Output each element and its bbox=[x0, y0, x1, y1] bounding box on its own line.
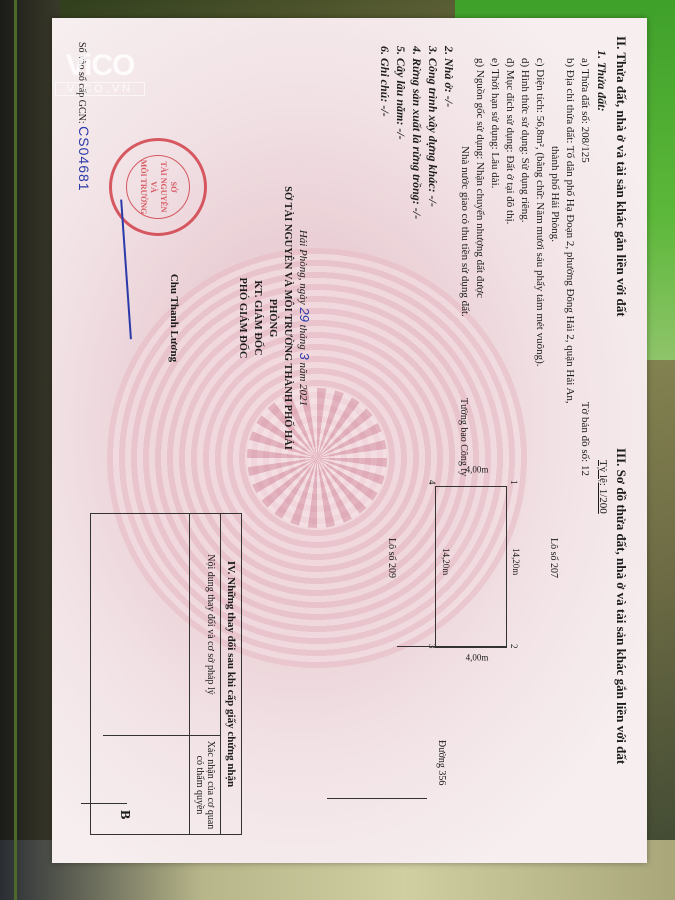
item-other-construction: 3. Công trình xây dựng khác: -/- bbox=[425, 46, 441, 416]
item-notes: 6. Ghi chú: -/- bbox=[377, 46, 393, 416]
usage-origin-cont: Nhà nước giao có thu tiền sử dụng đất. bbox=[457, 146, 472, 416]
issue-day: 29 bbox=[297, 307, 312, 321]
plant-stalk bbox=[14, 0, 17, 900]
dim-bottom: 4,00m bbox=[466, 652, 489, 662]
point-2: 2 bbox=[509, 644, 519, 649]
usage-term: e) Thời hạn sử dụng: Lâu dài. bbox=[487, 58, 502, 416]
section-2: II. Thửa đất, nhà ở và tài sản khác gắn … bbox=[377, 36, 629, 416]
plot-number-row: a) Thửa đất số: 208/125 Tờ bản đồ số: 12 bbox=[577, 58, 592, 416]
watermark-brand: ViCO bbox=[55, 50, 145, 82]
table-cell-empty bbox=[103, 514, 189, 736]
item-perennial-trees: 5. Cây lâu năm: -/- bbox=[393, 46, 409, 416]
land-certificate-page: II. Thửa đất, nhà ở và tài sản khác gắn … bbox=[52, 18, 647, 863]
background-dark-area bbox=[0, 0, 60, 900]
table-cell-empty bbox=[103, 736, 189, 834]
dim-left: 14,20m bbox=[511, 548, 521, 575]
plot-area: c) Diện tích: 56,8m², (bằng chữ: Năm mươ… bbox=[532, 58, 547, 416]
usage-origin: g) Nguồn gốc sử dụng: Nhận chuyển nhượng… bbox=[472, 58, 487, 416]
item-house: 2. Nhà ở: -/- bbox=[441, 46, 457, 416]
point-1: 1 bbox=[509, 480, 519, 485]
dim-top: 4,00m bbox=[466, 464, 489, 474]
map-sheet-number: Tờ bản đồ số: 12 bbox=[577, 402, 592, 476]
road-top-label: Tường bao Công ty bbox=[458, 398, 469, 476]
col-authority-confirm: Xác nhận của cơ quan có thẩm quyền bbox=[190, 736, 220, 834]
section-3-title: III. Sơ đồ thửa đất, nhà ở và tài sản kh… bbox=[613, 448, 629, 848]
usage-purpose: đ) Mục đích sử dụng: Đất ở tại đô thị. bbox=[502, 58, 517, 416]
issuing-org: SỞ TÀI NGUYÊN VÀ MÔI TRƯỜNG THÀNH PHỐ HẢ… bbox=[265, 168, 295, 468]
item-forest: 4. Rừng sản xuất là rừng trồng: -/- bbox=[409, 46, 425, 416]
usage-form: d) Hình thức sử dụng: Sử dụng riêng. bbox=[517, 58, 532, 416]
road-line bbox=[397, 646, 507, 647]
dim-right: 14,20m bbox=[441, 548, 451, 575]
section-3: III. Sơ đồ thửa đất, nhà ở và tài sản kh… bbox=[597, 448, 629, 848]
on-behalf-director: KT. GIÁM ĐỐC bbox=[250, 168, 265, 468]
road-line-bottom bbox=[327, 798, 427, 799]
road-bottom-label: Đường 356 bbox=[436, 740, 447, 785]
point-4: 4 bbox=[427, 480, 437, 485]
plot-address-city: thành phố Hải Phòng. bbox=[547, 146, 562, 416]
subsection-land-plot: 1. Thửa đất: bbox=[594, 50, 609, 416]
plot-address: b) Địa chỉ thửa đất: Tổ dân phố Hạ Đoạn … bbox=[562, 58, 577, 416]
table-header: Nội dung thay đổi và cơ sở pháp lý Xác n… bbox=[189, 514, 220, 834]
document-photo: II. Thửa đất, nhà ở và tài sản khác gắn … bbox=[52, 18, 647, 863]
lot-right-label: Lô số 207 bbox=[548, 538, 559, 578]
section-4-title: IV. Những thay đổi sau khi cấp giấy chứn… bbox=[220, 514, 241, 834]
lot-left-label: Lô số 209 bbox=[386, 538, 397, 578]
vico-watermark: ViCO VICO.VN bbox=[55, 50, 145, 96]
issue-date: Hải Phòng, ngày 29 tháng 3 năm 2021 bbox=[295, 168, 312, 468]
col-change-content: Nội dung thay đổi và cơ sở pháp lý bbox=[190, 514, 220, 736]
issue-month: 3 bbox=[297, 352, 312, 359]
plot-number: a) Thửa đất số: 208/125 bbox=[577, 58, 592, 163]
map-scale: Tỷ lệ: 1/200 bbox=[597, 460, 609, 848]
watermark-site: VICO.VN bbox=[55, 82, 145, 96]
changes-table: IV. Những thay đổi sau khi cấp giấy chứn… bbox=[90, 513, 242, 835]
serial-value: CS04681 bbox=[76, 126, 92, 191]
table-body bbox=[103, 514, 189, 834]
signer-role: PHÓ GIÁM ĐỐC bbox=[235, 168, 250, 468]
section-2-title: II. Thửa đất, nhà ở và tài sản khác gắn … bbox=[613, 36, 629, 416]
